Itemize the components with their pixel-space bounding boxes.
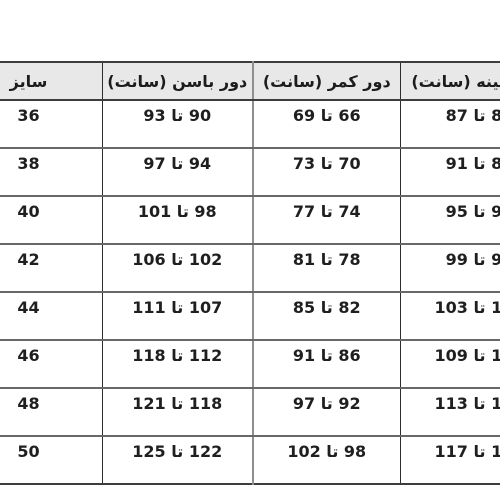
cell-hip-row-3: 102 تا 106: [103, 244, 253, 292]
table-row-size-44: 100 تا 10382 تا 85107 تا 11144: [0, 292, 500, 340]
cell-size-row-2: 40: [0, 196, 103, 244]
cell-hip-row-4: 107 تا 111: [103, 292, 253, 340]
cell-chest-row-5: 104 تا 109: [401, 340, 500, 388]
cell-size-row-4: 44: [0, 292, 103, 340]
cell-waist-row-6: 92 تا 97: [253, 388, 401, 436]
cell-hip-row-7: 122 تا 125: [103, 436, 253, 484]
table-row-size-48: 110 تا 11392 تا 97118 تا 12148: [0, 388, 500, 436]
cell-chest-row-2: 92 تا 95: [401, 196, 500, 244]
cell-chest-row-3: 96 تا 99: [401, 244, 500, 292]
cell-size-row-7: 50: [0, 436, 103, 484]
table-header: دور سینه (سانت)دور کمر (سانت)دور باسن (س…: [0, 62, 500, 100]
cell-size-row-3: 42: [0, 244, 103, 292]
cell-size-row-1: 38: [0, 148, 103, 196]
cell-size-row-0: 36: [0, 100, 103, 148]
table-row-size-50: 114 تا 11798 تا 102122 تا 12550: [0, 436, 500, 484]
table-row-size-42: 96 تا 9978 تا 81102 تا 10642: [0, 244, 500, 292]
cell-waist-row-1: 70 تا 73: [253, 148, 401, 196]
cell-waist-row-5: 86 تا 91: [253, 340, 401, 388]
cell-hip-row-0: 90 تا 93: [103, 100, 253, 148]
cell-hip-row-1: 94 تا 97: [103, 148, 253, 196]
cell-chest-row-6: 110 تا 113: [401, 388, 500, 436]
cell-hip-row-5: 112 تا 118: [103, 340, 253, 388]
cell-waist-row-3: 78 تا 81: [253, 244, 401, 292]
page-canvas: دور سینه (سانت)دور کمر (سانت)دور باسن (س…: [0, 0, 500, 500]
column-header-hip: دور باسن (سانت): [103, 62, 253, 100]
cell-chest-row-4: 100 تا 103: [401, 292, 500, 340]
cell-chest-row-0: 84 تا 87: [401, 100, 500, 148]
table-row-size-40: 92 تا 9574 تا 7798 تا 10140: [0, 196, 500, 244]
column-header-waist: دور کمر (سانت): [253, 62, 401, 100]
table-row-size-38: 88 تا 9170 تا 7394 تا 9738: [0, 148, 500, 196]
column-header-chest: دور سینه (سانت): [401, 62, 500, 100]
cell-waist-row-0: 66 تا 69: [253, 100, 401, 148]
size-chart-table: دور سینه (سانت)دور کمر (سانت)دور باسن (س…: [0, 61, 500, 485]
table-row-size-46: 104 تا 10986 تا 91112 تا 11846: [0, 340, 500, 388]
table-row-size-36: 84 تا 8766 تا 6990 تا 9336: [0, 100, 500, 148]
cell-waist-row-4: 82 تا 85: [253, 292, 401, 340]
column-header-size: سایز: [0, 62, 103, 100]
header-row: دور سینه (سانت)دور کمر (سانت)دور باسن (س…: [0, 62, 500, 100]
cell-chest-row-7: 114 تا 117: [401, 436, 500, 484]
cell-size-row-5: 46: [0, 340, 103, 388]
cell-waist-row-2: 74 تا 77: [253, 196, 401, 244]
cell-waist-row-7: 98 تا 102: [253, 436, 401, 484]
cell-hip-row-2: 98 تا 101: [103, 196, 253, 244]
cell-hip-row-6: 118 تا 121: [103, 388, 253, 436]
cell-chest-row-1: 88 تا 91: [401, 148, 500, 196]
cell-size-row-6: 48: [0, 388, 103, 436]
table-body: 84 تا 8766 تا 6990 تا 933688 تا 9170 تا …: [0, 100, 500, 484]
